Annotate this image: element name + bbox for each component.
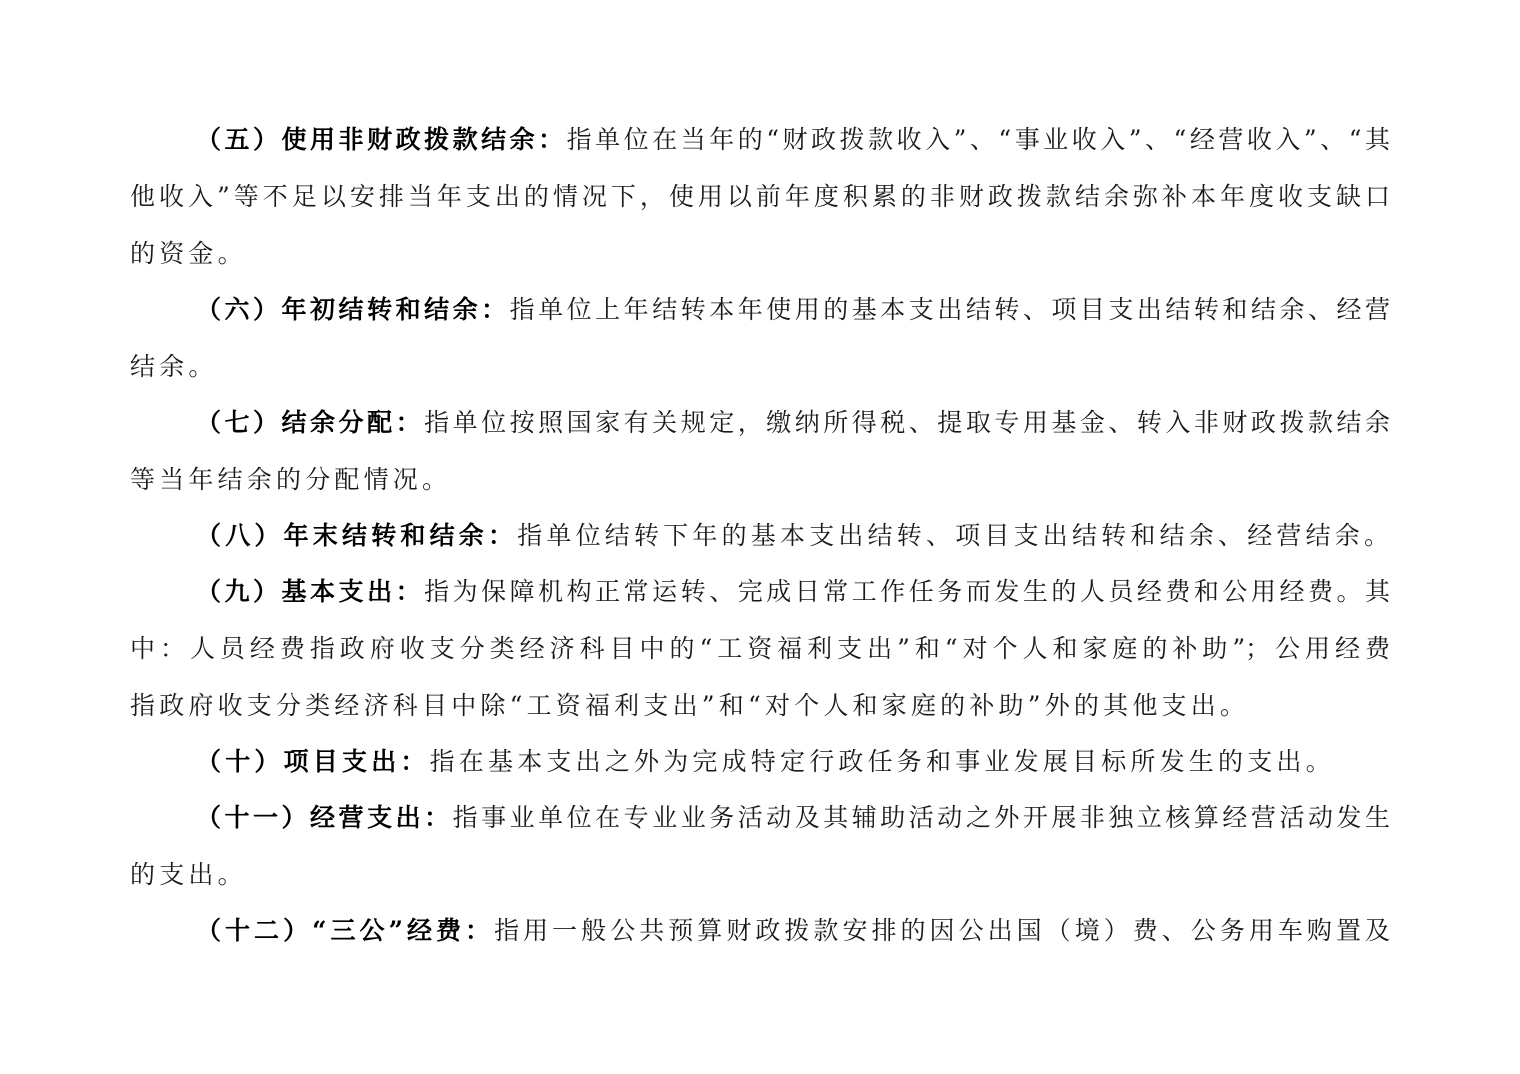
paragraph-5-heading: （五）使用非财政拨款结余： [196, 125, 567, 154]
paragraph-6-line-1: （六）年初结转和结余：指单位上年结转本年使用的基本支出结转、项目支出结转和结余、… [196, 290, 1390, 330]
paragraph-12-heading: （十二）“三公”经费： [196, 916, 494, 945]
paragraph-9-text: 指为保障机构正常运转、完成日常工作任务而发生的人员经费和公用经费。其 [424, 577, 1390, 606]
paragraph-5-text: 指单位在当年的“财政拨款收入”、“事业收入”、“经营收入”、“其 [567, 125, 1390, 154]
paragraph-9-line-2: 中：人员经费指政府收支分类经济科目中的“工资福利支出”和“对个人和家庭的补助”；… [130, 629, 1390, 669]
paragraph-8-heading: （八）年末结转和结余： [196, 521, 517, 550]
paragraph-7-line-1: （七）结余分配：指单位按照国家有关规定，缴纳所得税、提取专用基金、转入非财政拨款… [196, 403, 1390, 443]
document-page: （五）使用非财政拨款结余：指单位在当年的“财政拨款收入”、“事业收入”、“经营收… [0, 0, 1520, 1074]
paragraph-10-heading: （十）项目支出： [196, 747, 430, 776]
paragraph-11-heading: （十一）经营支出： [196, 803, 453, 832]
paragraph-6-line-2: 结余。 [130, 347, 1390, 387]
paragraph-8-text: 指单位结转下年的基本支出结转、项目支出结转和结余、经营结余。 [517, 521, 1393, 550]
paragraph-10-text: 指在基本支出之外为完成特定行政任务和事业发展目标所发生的支出。 [430, 747, 1335, 776]
paragraph-11-line-2: 的支出。 [130, 855, 1390, 895]
paragraph-6-text: 指单位上年结转本年使用的基本支出结转、项目支出结转和结余、经营 [510, 295, 1390, 324]
paragraph-11-text: 指事业单位在专业业务活动及其辅助活动之外开展非独立核算经营活动发生 [453, 803, 1390, 832]
paragraph-7-text: 指单位按照国家有关规定，缴纳所得税、提取专用基金、转入非财政拨款结余 [424, 408, 1390, 437]
paragraph-10-line-1: （十）项目支出：指在基本支出之外为完成特定行政任务和事业发展目标所发生的支出。 [196, 742, 1390, 782]
paragraph-5-line-1: （五）使用非财政拨款结余：指单位在当年的“财政拨款收入”、“事业收入”、“经营收… [196, 120, 1390, 160]
paragraph-5-line-2: 他收入”等不足以安排当年支出的情况下，使用以前年度积累的非财政拨款结余弥补本年度… [130, 177, 1390, 217]
paragraph-6-heading: （六）年初结转和结余： [196, 295, 510, 324]
paragraph-12-text: 指用一般公共预算财政拨款安排的因公出国（境）费、公务用车购置及 [494, 916, 1390, 945]
paragraph-5-line-3: 的资金。 [130, 234, 1390, 274]
paragraph-11-line-1: （十一）经营支出：指事业单位在专业业务活动及其辅助活动之外开展非独立核算经营活动… [196, 798, 1390, 838]
paragraph-7-line-2: 等当年结余的分配情况。 [130, 460, 1390, 500]
paragraph-9-line-3: 指政府收支分类经济科目中除“工资福利支出”和“对个人和家庭的补助”外的其他支出。 [130, 686, 1390, 726]
paragraph-9-line-1: （九）基本支出：指为保障机构正常运转、完成日常工作任务而发生的人员经费和公用经费… [196, 572, 1390, 612]
paragraph-8-line-1: （八）年末结转和结余：指单位结转下年的基本支出结转、项目支出结转和结余、经营结余… [196, 516, 1390, 556]
paragraph-12-line-1: （十二）“三公”经费：指用一般公共预算财政拨款安排的因公出国（境）费、公务用车购… [196, 911, 1390, 951]
paragraph-9-heading: （九）基本支出： [196, 577, 424, 606]
paragraph-7-heading: （七）结余分配： [196, 408, 424, 437]
